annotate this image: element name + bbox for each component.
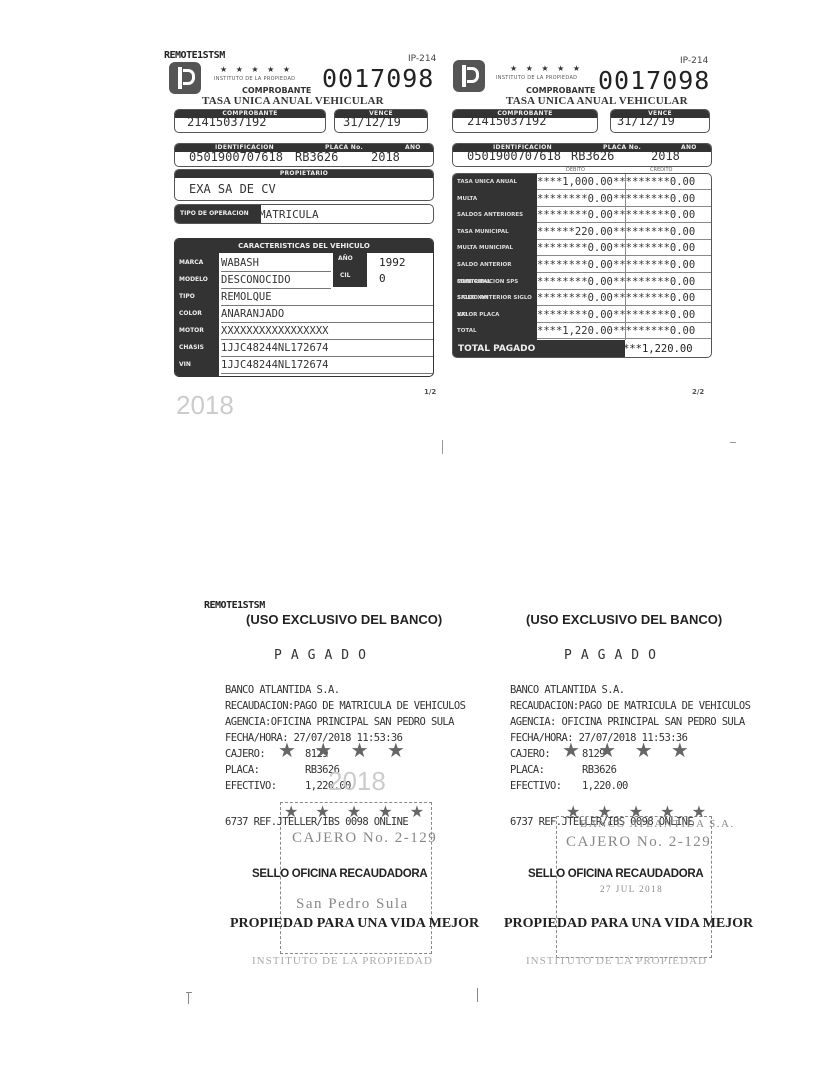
placa-value: RB3626 [295, 150, 338, 164]
vehicle-field-label: TIPO [175, 289, 217, 305]
institution-footer: INSTITUTO DE LA PROPIEDAD [252, 955, 433, 967]
vehicle-characteristics: CARACTERISTICAS DEL VEHICULO MARCAWABASH… [174, 238, 434, 377]
institution-footer: INSTITUTO DE LA PROPIEDAD [526, 955, 707, 967]
vehicle-field-value: DESCONOCIDO [221, 272, 331, 289]
vehicle-field-value: 1JJC48244NL172674 [221, 340, 434, 357]
receipt-title: TASA UNICA ANUAL VEHICULAR [202, 95, 384, 107]
watermark-2018: 2018 [176, 390, 234, 421]
collection-office-seal: SELLO OFICINA RECAUDADORA [528, 868, 703, 880]
vence-box: VENCE 31/12/19 [334, 109, 428, 133]
ledger-row-label: VALOR PLACA [453, 307, 537, 324]
page-number: 1/2 [424, 388, 436, 396]
institution-name: INSTITUTO DE LA PROPIEDAD [496, 75, 577, 81]
ledger-row-label: TASA MUNICIPAL [453, 224, 537, 241]
cajero-label: CAJERO: [510, 748, 550, 760]
bank-name: BANCO ATLANTIDA S.A. [510, 682, 750, 698]
cajero-label: CAJERO: [225, 748, 265, 760]
collection-type: RECAUDACION:PAGO DE MATRICULA DE VEHICUL… [510, 698, 750, 714]
collection-type: RECAUDACION:PAGO DE MATRICULA DE VEHICUL… [225, 698, 465, 714]
anio-label: AÑO [681, 144, 697, 152]
stamp-cashier-number: CAJERO No. 2-129 [566, 834, 711, 851]
slogan: PROPIEDAD PARA UNA VIDA MEJOR [230, 916, 479, 932]
vehicle-field-label: COLOR [175, 306, 217, 322]
propietario-value: EXA SA DE CV [189, 182, 276, 196]
identificacion-box: IDENTIFICACION PLACA No. AÑO 05019007076… [174, 143, 434, 167]
vence-box: VENCE 31/12/19 [610, 109, 710, 133]
propietario-label: PROPIETARIO [175, 170, 433, 178]
receipt-page-1: REMOTE1STSM ★ ★ ★ ★ ★ INSTITUTO DE LA PR… [162, 48, 437, 408]
receipt-title: TASA UNICA ANUAL VEHICULAR [506, 95, 688, 107]
slogan: PROPIEDAD PARA UNA VIDA MEJOR [504, 916, 753, 932]
receipt-page-2: ★ ★ ★ ★ ★ INSTITUTO DE LA PROPIEDAD IP-2… [446, 48, 721, 408]
vence-value: 31/12/19 [343, 115, 401, 129]
stars-icon: ★ ★ ★ ★ [562, 738, 695, 762]
ip-logo-icon [169, 62, 201, 94]
institution-name: INSTITUTO DE LA PROPIEDAD [214, 76, 295, 82]
bank-stamp-1: REMOTE1STSM (USO EXCLUSIVO DEL BANCO) PA… [200, 598, 500, 978]
total-pagado-value: ***1,220.00 [623, 341, 693, 357]
vehicle-field-label: MODELO [175, 272, 217, 288]
vehicle-field-label: CHASIS [175, 340, 217, 356]
comprobante-value: 21415037192 [467, 114, 546, 128]
vehicle-field-value: ANARANJADO [221, 306, 434, 323]
cut-mark [730, 442, 736, 443]
paid-status: PAGADO [274, 648, 375, 663]
remote-id: REMOTE1STSM [164, 50, 225, 61]
form-code: IP-214 [680, 56, 708, 66]
agency: AGENCIA:OFICINA PRINCIPAL SAN PEDRO SULA [225, 714, 465, 730]
payment-ledger: TASA UNICA ANUAL****1,000.00*********0.0… [452, 173, 712, 358]
vehicle-field-value: REMOLQUE [221, 289, 434, 306]
ledger-row-label: CONTRIBUCION SPS SIGLO XXI [453, 274, 537, 291]
ledger-row-label: SALDO ANTERIOR MUNICIPAL [453, 257, 537, 274]
ledger-row-label: MULTA MUNICIPAL [453, 240, 537, 257]
comprobante-box: COMPROBANTE 21415037192 [452, 109, 598, 133]
vehicle-cil-value: 0 [379, 272, 386, 285]
propietario-box: PROPIETARIO EXA SA DE CV [174, 169, 434, 201]
anio-value: 2018 [651, 149, 680, 163]
identificacion-value: 0501900707618 [189, 150, 283, 164]
ledger-row-label: TOTAL [453, 323, 537, 340]
folio-number: 0017098 [322, 64, 434, 93]
agency: AGENCIA: OFICINA PRINCIPAL SAN PEDRO SUL… [510, 714, 750, 730]
bank-stamp-2: (USO EXCLUSIVO DEL BANCO) PAGADO BANCO A… [490, 598, 790, 978]
stamp-cashier-number: CAJERO No. 2-129 [292, 830, 437, 847]
stamp-bank-name: BANCO ATLANTIDA S.A. [580, 818, 735, 830]
anio-value: 2018 [371, 150, 400, 164]
placa-label: PLACA: [225, 764, 259, 776]
ledger-row-label: TASA UNICA ANUAL [453, 174, 537, 191]
folio-number: 0017098 [598, 66, 710, 95]
efectivo-label: EFECTIVO: [510, 780, 562, 792]
vehicle-header: CARACTERISTICAS DEL VEHICULO [175, 239, 433, 253]
placa-label: PLACA: [510, 764, 544, 776]
reference: 6737 REF.JTELLER/IBS 0098 ONLINE [225, 814, 408, 830]
vehicle-field-value: XXXXXXXXXXXXXXXXX [221, 323, 434, 340]
ledger-row-label: SALDO ANTERIOR SIGLO XXI [453, 290, 537, 307]
comprobante-value: 21415037192 [187, 115, 266, 129]
comprobante-label: COMPROBANTE [526, 86, 595, 95]
efectivo-value: 1,220.00 [582, 778, 628, 794]
bank-use-heading: (USO EXCLUSIVO DEL BANCO) [526, 612, 722, 627]
vehicle-anio-label: AÑO [338, 255, 353, 262]
stars-icon: ★ ★ ★ ★ [278, 738, 411, 762]
ledger-row-label: SALDOS ANTERIORES [453, 207, 537, 224]
placa-value: RB3626 [582, 762, 616, 778]
comprobante-label: COMPROBANTE [242, 86, 311, 95]
paid-status: PAGADO [564, 648, 665, 663]
vehicle-cil-label: CIL [340, 272, 350, 279]
stamp-city: San Pedro Sula [296, 896, 409, 913]
cut-mark [477, 988, 478, 1002]
vence-value: 31/12/19 [617, 114, 675, 128]
vehicle-field-value: 1JJC48244NL172674 [221, 357, 434, 374]
cut-mark [442, 440, 443, 454]
tipo-operacion-label: TIPO DE OPERACION [175, 205, 261, 223]
comprobante-box: COMPROBANTE 21415037192 [174, 109, 326, 133]
collection-office-seal: SELLO OFICINA RECAUDADORA [252, 868, 427, 880]
cut-mark [188, 992, 189, 1004]
ip-logo-icon [453, 60, 485, 92]
page-number: 2/2 [692, 388, 704, 396]
anio-label: AÑO [405, 144, 421, 152]
stars-icon: ★ ★ ★ ★ ★ [220, 65, 293, 74]
placa-value: RB3626 [571, 149, 614, 163]
tipo-operacion-value: MATRICULA [259, 208, 319, 221]
ledger-row-label: MULTA [453, 191, 537, 208]
bank-use-heading: (USO EXCLUSIVO DEL BANCO) [246, 612, 442, 627]
stars-icon: ★ ★ ★ ★ ★ [510, 64, 583, 73]
watermark-2018: 2018 [328, 766, 386, 797]
remote-id: REMOTE1STSM [204, 600, 265, 611]
form-code: IP-214 [408, 54, 436, 64]
vehicle-field-label: MOTOR [175, 323, 217, 339]
vehicle-anio-value: 1992 [379, 256, 406, 269]
vehicle-field-label: MARCA [175, 255, 217, 271]
vehicle-field-value: WABASH [221, 255, 331, 272]
vehicle-field-label: VIN [175, 357, 217, 373]
identificacion-box: IDENTIFICACION PLACA No. AÑO 05019007076… [452, 143, 712, 167]
tipo-operacion-box: TIPO DE OPERACION MATRICULA [174, 204, 434, 224]
cut-mark [186, 992, 192, 993]
stamp-date: 27 JUL 2018 [600, 884, 663, 894]
total-pagado-label: TOTAL PAGADO [458, 341, 535, 357]
bank-name: BANCO ATLANTIDA S.A. [225, 682, 465, 698]
efectivo-label: EFECTIVO: [225, 780, 277, 792]
identificacion-value: 0501900707618 [467, 149, 561, 163]
